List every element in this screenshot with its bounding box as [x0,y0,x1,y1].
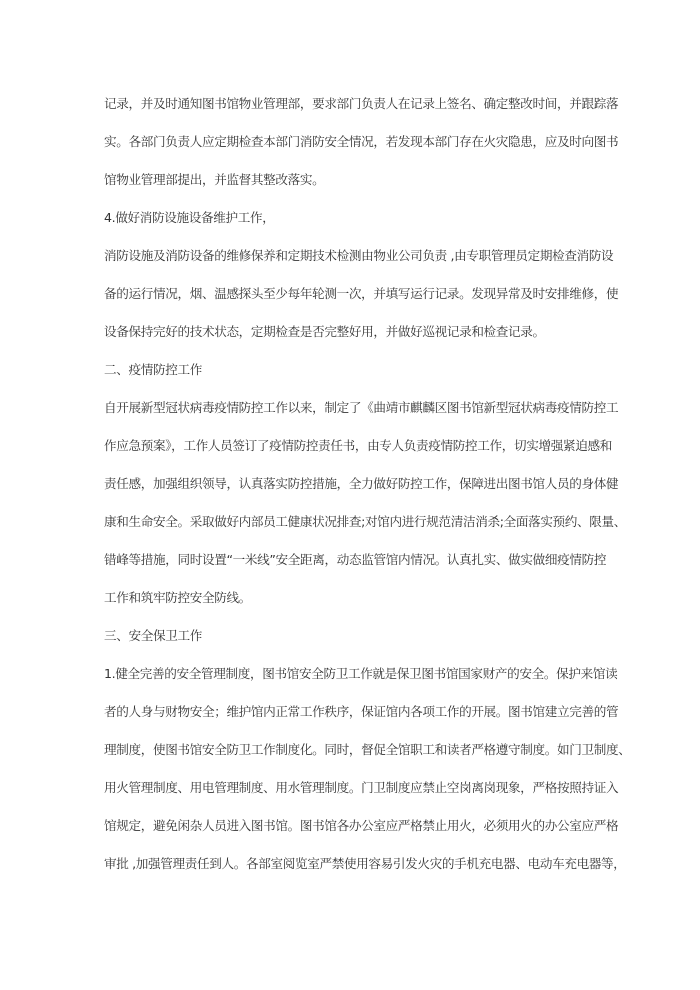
paragraph-line: 者的人身与财物安全；维护馆内正常工作秩序，保证馆内各项工作的开展。图书馆建立完善… [104,702,624,740]
paragraph-line: 理制度，使图书馆安全防卫工作制度化。同时，督促全馆职工和读者严格遵守制度。如门卫… [104,740,624,778]
paragraph-line: 作应急预案》，工作人员签订了疫情防控责任书，由专人负责疫情防控工作，切实增强紧迫… [104,436,624,474]
document-body: 记录，并及时通知图书馆物业管理部，要求部门负责人在记录上签名、确定整改时间，并跟… [104,94,624,892]
section-heading: 三、安全保卫工作 [104,626,624,664]
subheading: 4.做好消防设施设备维护工作， [104,208,624,246]
paragraph-line: 实。各部门负责人应定期检查本部门消防安全情况，若发现本部门存在火灾隐患，应及时向… [104,132,624,170]
paragraph-line: 消防设施及消防设备的维修保养和定期技术检测由物业公司负责 ,由专职管理员定期检查… [104,246,624,284]
section-heading: 二、疫情防控工作 [104,360,624,398]
paragraph-line: 自开展新型冠状病毒疫情防控工作以来，制定了《曲靖市麒麟区图书馆新型冠状病毒疫情防… [104,398,624,436]
paragraph-line: 记录，并及时通知图书馆物业管理部，要求部门负责人在记录上签名、确定整改时间，并跟… [104,94,624,132]
paragraph-line: 错峰等措施，同时设置“一米线”安全距离，动态监管馆内情况。认真扎实、做实做细疫情… [104,550,624,588]
paragraph-line: 用火管理制度、用电管理制度、用水管理制度。门卫制度应禁止空岗离岗现象，严格按照持… [104,778,624,816]
paragraph-line: 1.健全完善的安全管理制度，图书馆安全防卫工作就是保卫图书馆国家财产的安全。保护… [104,664,624,702]
paragraph-line: 备的运行情况，烟、温感探头至少每年轮测一次，并填写运行记录。发现异常及时安排维修… [104,284,624,322]
paragraph-line: 责任感，加强组织领导，认真落实防控措施，全力做好防控工作，保障进出图书馆人员的身… [104,474,624,512]
paragraph-line: 审批 ,加强管理责任到人。各部室阅览室严禁使用容易引发火灾的手机充电器、电动车充… [104,854,624,892]
paragraph-line: 设备保持完好的技术状态，定期检查是否完整好用，并做好巡视记录和检查记录。 [104,322,624,360]
paragraph-line: 馆物业管理部提出，并监督其整改落实。 [104,170,624,208]
paragraph-line: 康和生命安全。采取做好内部员工健康状况排查;对馆内进行规范清洁消杀;全面落实预约… [104,512,624,550]
paragraph-line: 工作和筑牢防控安全防线。 [104,588,624,626]
paragraph-line: 馆规定，避免闲杂人员进入图书馆。图书馆各办公室应严格禁止用火，必须用火的办公室应… [104,816,624,854]
